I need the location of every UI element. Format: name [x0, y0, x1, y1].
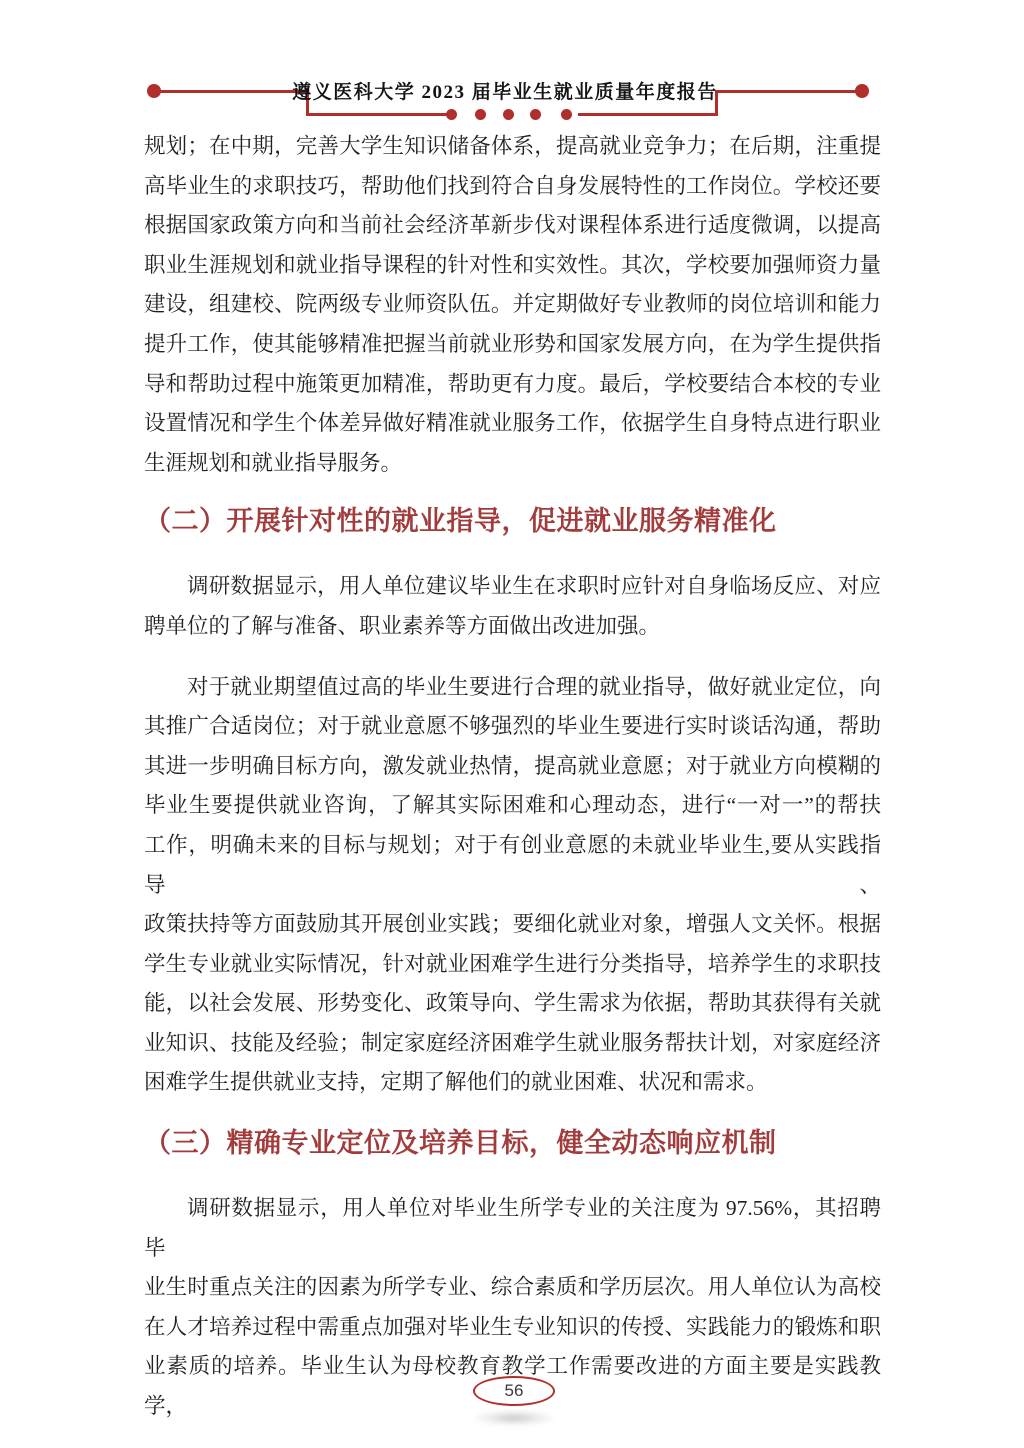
- text-line: 能，以社会发展、形势变化、政策导向、学生需求为依据，帮助其获得有关就: [144, 984, 881, 1024]
- text-line: 调研数据显示，用人单位对毕业生所学专业的关注度为 97.56%，其招聘毕: [144, 1189, 881, 1268]
- text-line: 对于就业期望值过高的毕业生要进行合理的就业指导，做好就业定位，向: [144, 668, 881, 708]
- page-header: 遵义医科大学 2023 届毕业生就业质量年度报告: [0, 0, 1024, 135]
- text-line: 其进一步明确目标方向，激发就业热情，提高就业意愿；对于就业方向模糊的: [144, 747, 881, 787]
- text-line: 生涯规划和就业指导服务。: [144, 444, 881, 484]
- paragraph-intro: 规划；在中期，完善大学生知识储备体系，提高就业竞争力；在后期，注重提高毕业生的求…: [144, 127, 881, 483]
- page-number-badge: 56: [473, 1376, 555, 1406]
- header-dot-icon: [561, 109, 572, 120]
- page-number: 56: [505, 1381, 524, 1401]
- section2-paragraph-2: 对于就业期望值过高的毕业生要进行合理的就业指导，做好就业定位，向其推广合适岗位；…: [144, 668, 881, 1104]
- header-dot-icon: [475, 109, 486, 120]
- report-title: 遵义医科大学 2023 届毕业生就业质量年度报告: [0, 77, 1010, 104]
- text-line: 高毕业生的求职技巧，帮助他们找到符合自身发展特性的工作岗位。学校还要: [144, 167, 881, 207]
- text-line: 职业生涯规划和就业指导课程的针对性和实效性。其次，学校要加强师资力量: [144, 246, 881, 286]
- report-page: 遵义医科大学 2023 届毕业生就业质量年度报告 规划；在中期，完善大学生知识储…: [0, 0, 1024, 1448]
- text-line: 聘单位的了解与准备、职业素养等方面做出改进加强。: [144, 607, 881, 647]
- text-line: 政策扶持等方面鼓励其开展创业实践；要细化就业对象，增强人文关怀。根据: [144, 905, 881, 945]
- header-dot-icon: [446, 109, 457, 120]
- text-line: 设置情况和学生个体差异做好精准就业服务工作，依据学生自身特点进行职业: [144, 404, 881, 444]
- text-line: 根据国家政策方向和当前社会经济革新步伐对课程体系进行适度微调，以提高: [144, 206, 881, 246]
- header-dot-icon: [503, 109, 514, 120]
- text-line: 在人才培养过程中需重点加强对毕业生专业知识的传授、实践能力的锻炼和职: [144, 1308, 881, 1348]
- text-line: 其推广合适岗位；对于就业意愿不够强烈的毕业生要进行实时谈话沟通，帮助: [144, 707, 881, 747]
- text-line: 提升工作，使其能够精准把握当前就业形势和国家发展方向，在为学生提供指: [144, 325, 881, 365]
- text-line: 导和帮助过程中施策更加精准，帮助更有力度。最后，学校要结合本校的专业: [144, 365, 881, 405]
- text-line: 工作，明确未来的目标与规划；对于有创业意愿的未就业毕业生,要从实践指导、: [144, 826, 881, 905]
- page-number-reflection: [473, 1410, 555, 1426]
- text-line: 建设，组建校、院两级专业师资队伍。并定期做好专业教师的岗位培训和能力: [144, 285, 881, 325]
- text-line: 业知识、技能及经验；制定家庭经济困难学生就业服务帮扶计划，对家庭经济: [144, 1024, 881, 1064]
- page-content: 规划；在中期，完善大学生知识储备体系，提高就业竞争力；在后期，注重提高毕业生的求…: [144, 127, 881, 1427]
- text-line: 调研数据显示，用人单位建议毕业生在求职时应针对自身临场反应、对应: [144, 567, 881, 607]
- header-rule-bottom-left: [306, 113, 448, 116]
- text-line: 学生专业就业实际情况，针对就业困难学生进行分类指导，培养学生的求职技: [144, 945, 881, 985]
- text-line: 业生时重点关注的因素为所学专业、综合素质和学历层次。用人单位认为高校: [144, 1268, 881, 1308]
- header-dot-icon: [530, 109, 541, 120]
- text-line: 毕业生要提供就业咨询，了解其实际困难和心理动态，进行“一对一”的帮扶: [144, 786, 881, 826]
- section-heading-2: （二）开展针对性的就业指导，促进就业服务精准化: [144, 501, 881, 541]
- section2-paragraph-1: 调研数据显示，用人单位建议毕业生在求职时应针对自身临场反应、对应聘单位的了解与准…: [144, 567, 881, 646]
- section-heading-3: （三）精确专业定位及培养目标，健全动态响应机制: [144, 1123, 881, 1163]
- text-line: 规划；在中期，完善大学生知识储备体系，提高就业竞争力；在后期，注重提: [144, 127, 881, 167]
- text-line: 困难学生提供就业支持，定期了解他们的就业困难、状况和需求。: [144, 1063, 881, 1103]
- header-rule-bottom-right: [578, 113, 718, 116]
